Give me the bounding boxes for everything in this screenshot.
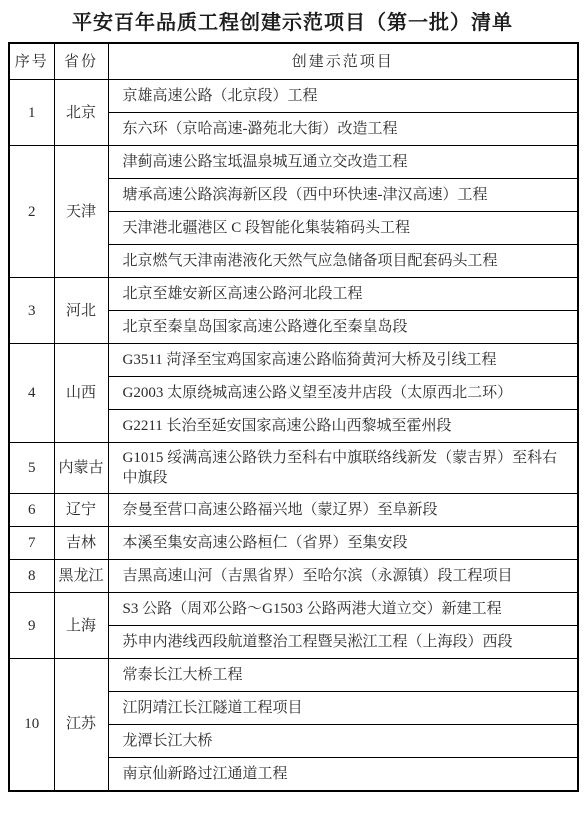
project-cell: 龙潭长江大桥 [108,725,578,758]
project-cell: S3 公路（周邓公路～G1503 公路两港大道立交）新建工程 [108,593,578,626]
column-header-no: 序号 [9,43,54,80]
province-cell: 江苏 [54,659,108,791]
table-row: 9上海S3 公路（周邓公路～G1503 公路两港大道立交）新建工程 [9,593,578,626]
province-cell: 吉林 [54,527,108,560]
table-row: 8黑龙江吉黑高速山河（吉黑省界）至哈尔滨（永源镇）段工程项目 [9,560,578,593]
page-title: 平安百年品质工程创建示范项目（第一批）清单 [8,6,577,35]
project-cell: 北京燃气天津南港液化天然气应急储备项目配套码头工程 [108,245,578,278]
project-cell: 塘承高速公路滨海新区段（西中环快速-津汉高速）工程 [108,179,578,212]
column-header-project: 创建示范项目 [108,43,578,80]
project-cell: 天津港北疆港区 C 段智能化集装箱码头工程 [108,212,578,245]
project-cell: G1015 绥满高速公路铁力至科右中旗联络线新发（蒙吉界）至科右中旗段 [108,443,578,494]
project-cell: 吉黑高速山河（吉黑省界）至哈尔滨（永源镇）段工程项目 [108,560,578,593]
province-cell: 上海 [54,593,108,659]
project-cell: 北京至秦皇岛国家高速公路遵化至秦皇岛段 [108,311,578,344]
table-row: 6辽宁奈曼至营口高速公路福兴地（蒙辽界）至阜新段 [9,494,578,527]
table-row: 3河北北京至雄安新区高速公路河北段工程 [9,278,578,311]
province-cell: 河北 [54,278,108,344]
document-page: 平安百年品质工程创建示范项目（第一批）清单 序号 省份 创建示范项目 1北京京雄… [0,0,584,823]
table-body: 1北京京雄高速公路（北京段）工程东六环（京哈高速-潞苑北大街）改造工程2天津津蓟… [9,80,578,791]
project-cell: 南京仙新路过江通道工程 [108,758,578,791]
table-header-row: 序号 省份 创建示范项目 [9,43,578,80]
row-number-cell: 8 [9,560,54,593]
project-cell: 北京至雄安新区高速公路河北段工程 [108,278,578,311]
province-cell: 北京 [54,80,108,146]
row-number-cell: 1 [9,80,54,146]
project-cell: G2211 长治至延安国家高速公路山西黎城至霍州段 [108,410,578,443]
project-cell: 常泰长江大桥工程 [108,659,578,692]
project-cell: 江阴靖江长江隧道工程项目 [108,692,578,725]
project-cell: 东六环（京哈高速-潞苑北大街）改造工程 [108,113,578,146]
table-row: 5内蒙古G1015 绥满高速公路铁力至科右中旗联络线新发（蒙吉界）至科右中旗段 [9,443,578,494]
row-number-cell: 4 [9,344,54,443]
row-number-cell: 6 [9,494,54,527]
province-cell: 内蒙古 [54,443,108,494]
project-cell: 津蓟高速公路宝坻温泉城互通立交改造工程 [108,146,578,179]
province-cell: 山西 [54,344,108,443]
table-row: 2天津津蓟高速公路宝坻温泉城互通立交改造工程 [9,146,578,179]
column-header-province: 省份 [54,43,108,80]
project-cell: 本溪至集安高速公路桓仁（省界）至集安段 [108,527,578,560]
row-number-cell: 10 [9,659,54,791]
table-row: 4山西G3511 菏泽至宝鸡国家高速公路临猗黄河大桥及引线工程 [9,344,578,377]
province-cell: 天津 [54,146,108,278]
project-cell: G2003 太原绕城高速公路义望至凌井店段（太原西北二环） [108,377,578,410]
row-number-cell: 5 [9,443,54,494]
table-row: 10江苏常泰长江大桥工程 [9,659,578,692]
row-number-cell: 9 [9,593,54,659]
province-cell: 辽宁 [54,494,108,527]
table-row: 1北京京雄高速公路（北京段）工程 [9,80,578,113]
project-cell: 京雄高速公路（北京段）工程 [108,80,578,113]
table-row: 7吉林本溪至集安高速公路桓仁（省界）至集安段 [9,527,578,560]
row-number-cell: 7 [9,527,54,560]
project-cell: G3511 菏泽至宝鸡国家高速公路临猗黄河大桥及引线工程 [108,344,578,377]
row-number-cell: 3 [9,278,54,344]
project-cell: 苏申内港线西段航道整治工程暨吴淞江工程（上海段）西段 [108,626,578,659]
projects-table: 序号 省份 创建示范项目 1北京京雄高速公路（北京段）工程东六环（京哈高速-潞苑… [8,42,579,792]
project-cell: 奈曼至营口高速公路福兴地（蒙辽界）至阜新段 [108,494,578,527]
row-number-cell: 2 [9,146,54,278]
province-cell: 黑龙江 [54,560,108,593]
